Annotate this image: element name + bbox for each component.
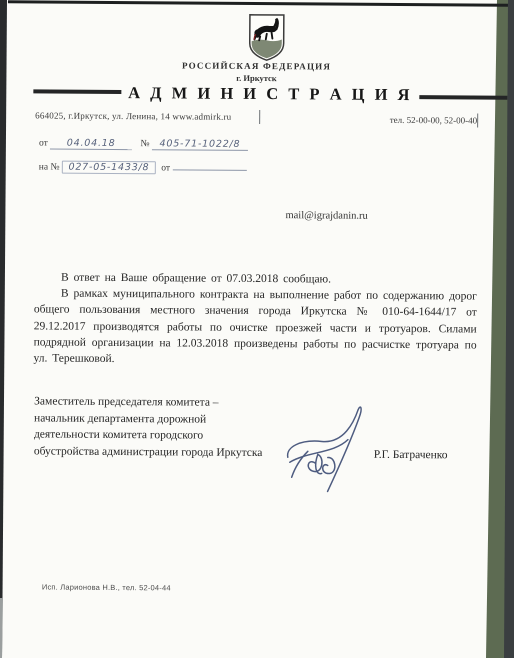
scan-top-edge [8,0,508,6]
reply-ref-label: на № [39,162,60,172]
title-rule-right [419,95,507,100]
letterhead-country: РОССИЙСКАЯ ФЕДЕРАЦИЯ [0,59,514,73]
reply-date-label: от [161,163,170,173]
reply-ref-value: 027-05-1433/8 [68,162,149,174]
handwritten-signature-icon [278,399,379,498]
scanned-letter-page: РОССИЙСКАЯ ФЕДЕРАЦИЯ г. Иркутск А Д М И … [0,0,514,658]
ref-number-value: 405-71-1022/8 [159,138,240,150]
title-rule-left [33,89,121,94]
signer-name: Р.Г. Батраченко [374,449,448,462]
ref-number-label: № [140,139,149,149]
irkutsk-coat-of-arms-icon [248,13,286,62]
reply-ref-field: 027-05-1433/8 [62,161,156,175]
ref-date-row: от 04.04.18 № 405-71-1022/8 [39,137,248,150]
reply-ref-row: на № 027-05-1433/8 от [39,160,247,174]
letterhead-divider-tick [259,110,260,124]
letterhead-address: 664025, г.Иркутск, ул. Ленина, 14 www.ad… [35,110,231,121]
recipient-email: mail@igrajdanin.ru [285,210,367,222]
organization-title: А Д М И Н И С Т Р А Ц И Я [121,83,419,105]
executor-note: Исп. Ларионова Н.В., тел. 52-04-44 [42,582,171,592]
body-paragraph: В рамках муниципального контракта на вып… [33,286,477,370]
letter-body: В ответ на Ваше обращение от 07.03.2018 … [33,269,477,369]
letterhead-title-row: А Д М И Н И С Т Р А Ц И Я [33,82,507,105]
ref-date-label: от [39,138,48,148]
letterhead-phone: тел. 52-00-00, 52-00-40 [390,115,477,126]
ref-date-value: 04.04.18 [67,138,116,149]
ref-date-field: 04.04.18 [50,138,132,151]
reply-date-field [172,169,246,171]
letterhead-divider-tick [477,114,478,128]
ref-number-field: 405-71-1022/8 [152,138,248,151]
